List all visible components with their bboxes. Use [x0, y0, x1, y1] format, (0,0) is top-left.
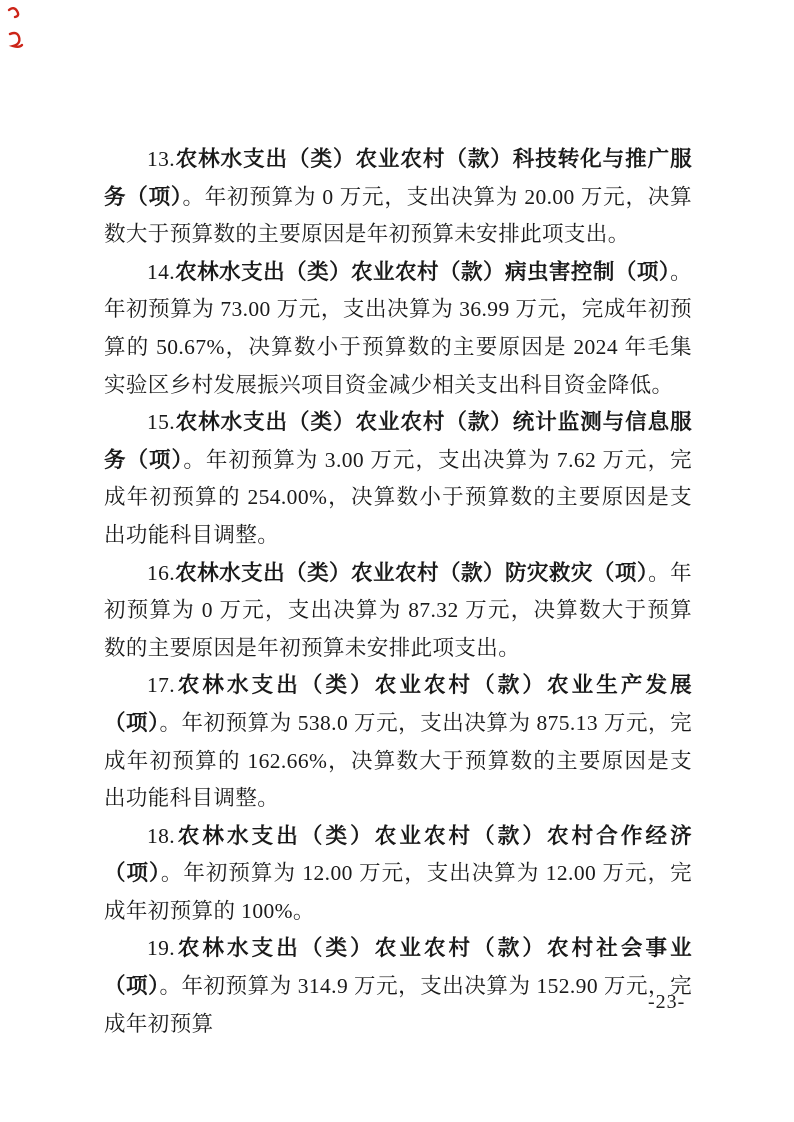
body-text: 13.农林水支出（类）农业农村（款）科技转化与推广服务（项）。年初预算为 0 万…: [104, 141, 692, 1043]
paragraph-number: 17.: [147, 673, 175, 697]
red-pen-mark-top: [9, 8, 18, 17]
paragraph-17: 17.农林水支出（类）农业农村（款）农业生产发展（项）。年初预算为 538.0 …: [104, 667, 692, 817]
document-page: 13.农林水支出（类）农业农村（款）科技转化与推广服务（项）。年初预算为 0 万…: [0, 0, 794, 1122]
paragraph-13: 13.农林水支出（类）农业农村（款）科技转化与推广服务（项）。年初预算为 0 万…: [104, 141, 692, 254]
paragraph-heading: 农林水支出（类）农业农村（款）病虫害控制（项）: [175, 260, 670, 284]
paragraph-19: 19.农林水支出（类）农业农村（款）农村社会事业（项）。年初预算为 314.9 …: [104, 930, 692, 1043]
paragraph-body: 。年初预算为 12.00 万元，支出决算为 12.00 万元，完成年初预算的 1…: [104, 861, 692, 923]
paragraph-15: 15.农林水支出（类）农业农村（款）统计监测与信息服务（项）。年初预算为 3.0…: [104, 404, 692, 554]
paragraph-number: 14.: [147, 260, 175, 284]
red-pen-marks: [5, 4, 31, 54]
paragraph-18: 18.农林水支出（类）农业农村（款）农村合作经济（项）。年初预算为 12.00 …: [104, 818, 692, 931]
paragraph-body: 。年初预算为 0 万元，支出决算为 20.00 万元，决算数大于预算数的主要原因…: [104, 185, 692, 247]
paragraph-number: 16.: [147, 561, 175, 585]
paragraph-body: 。年初预算为 538.0 万元，支出决算为 875.13 万元，完成年初预算的 …: [104, 711, 692, 810]
paragraph-number: 13.: [147, 147, 175, 171]
paragraph-body: 。年初预算为 314.9 万元，支出决算为 152.90 万元，完成年初预算: [104, 974, 692, 1036]
paragraph-number: 19.: [147, 936, 175, 960]
paragraph-body: 。年初预算为 3.00 万元，支出决算为 7.62 万元，完成年初预算的 254…: [104, 448, 692, 547]
paragraph-number: 18.: [147, 824, 175, 848]
paragraph-14: 14.农林水支出（类）农业农村（款）病虫害控制（项）。年初预算为 73.00 万…: [104, 254, 692, 404]
paragraph-heading: 农林水支出（类）农业农村（款）防灾救灾（项）: [175, 561, 648, 585]
page-number: -23-: [648, 991, 685, 1014]
red-pen-mark-bottom: [10, 33, 22, 47]
paragraph-16: 16.农林水支出（类）农业农村（款）防灾救灾（项）。年初预算为 0 万元，支出决…: [104, 555, 692, 668]
paragraph-number: 15.: [147, 410, 175, 434]
